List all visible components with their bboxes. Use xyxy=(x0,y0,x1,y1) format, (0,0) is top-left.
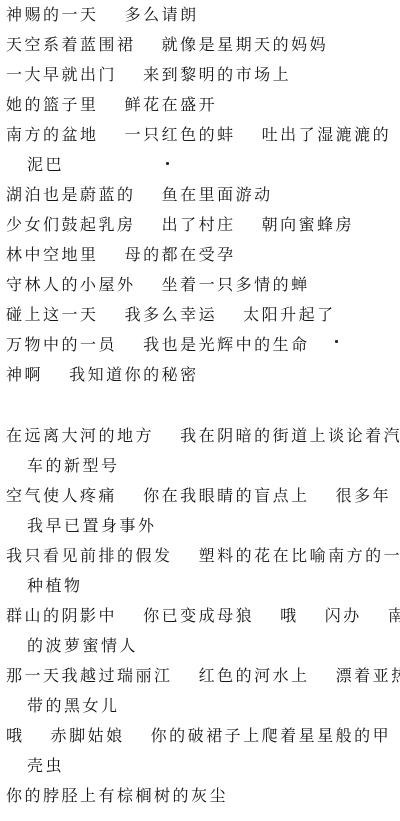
poem-line: 空气使人疼痛 你在我眼睛的盲点上 很多年 xyxy=(6,481,400,511)
poem-line: 一大早就出门 来到黎明的市场上 xyxy=(6,60,400,90)
poem-line: 少女们鼓起乳房 出了村庄 朝向蜜蜂房 xyxy=(6,210,400,240)
poem-line: 泥巴 xyxy=(6,150,400,180)
poem-line: 神赐的一天 多么请朗 xyxy=(6,0,400,30)
poem-line: 她的篮子里 鲜花在盛开 xyxy=(6,90,400,120)
poem-line: 天空系着蓝围裙 就像是星期天的妈妈 xyxy=(6,30,400,60)
poem-page: 神赐的一天 多么请朗天空系着蓝围裙 就像是星期天的妈妈一大早就出门 来到黎明的市… xyxy=(0,0,400,821)
scan-speck xyxy=(166,162,169,165)
poem-line: 的波萝蜜情人 xyxy=(6,631,400,661)
poem-line: 你的脖胫上有棕榈树的灰尘 xyxy=(6,781,400,811)
poem-stanza-2: 在远离大河的地方 我在阴暗的街道上谈论着汽车的新型号空气使人疼痛 你在我眼睛的盲… xyxy=(6,421,400,811)
poem-line: 哦 赤脚姑娘 你的破裙子上爬着星星般的甲 xyxy=(6,721,400,751)
poem-line: 种植物 xyxy=(6,571,400,601)
poem-line: 带的黑女儿 xyxy=(6,691,400,721)
poem-line: 我早已置身事外 xyxy=(6,511,400,541)
poem-line: 神啊 我知道你的秘密 xyxy=(6,360,400,390)
poem-line: 南方的盆地 一只红色的蚌 吐出了湿漉漉的 xyxy=(6,120,400,150)
poem-line: 那一天我越过瑞丽江 红色的河水上 漂着亚热 xyxy=(6,661,400,691)
poem-line: 车的新型号 xyxy=(6,451,400,481)
poem-line: 群山的阴影中 你已变成母狼 哦 闪办 南方 xyxy=(6,601,400,631)
poem-line: 在远离大河的地方 我在阴暗的街道上谈论着汽 xyxy=(6,421,400,451)
poem-line: 湖泊也是蔚蓝的 鱼在里面游动 xyxy=(6,180,400,210)
poem-line: 壳虫 xyxy=(6,751,400,781)
poem-line: 万物中的一员 我也是光辉中的生命 xyxy=(6,330,400,360)
poem-line: 守林人的小屋外 坐着一只多情的蝉 xyxy=(6,270,400,300)
poem-stanza-1: 神赐的一天 多么请朗天空系着蓝围裙 就像是星期天的妈妈一大早就出门 来到黎明的市… xyxy=(6,0,400,390)
poem-line: 碰上这一天 我多么幸运 太阳升起了 xyxy=(6,300,400,330)
poem-line: 我只看见前排的假发 塑料的花在比喻南方的一 xyxy=(6,541,400,571)
poem-line: 林中空地里 母的都在受孕 xyxy=(6,240,400,270)
scan-speck xyxy=(335,340,338,343)
